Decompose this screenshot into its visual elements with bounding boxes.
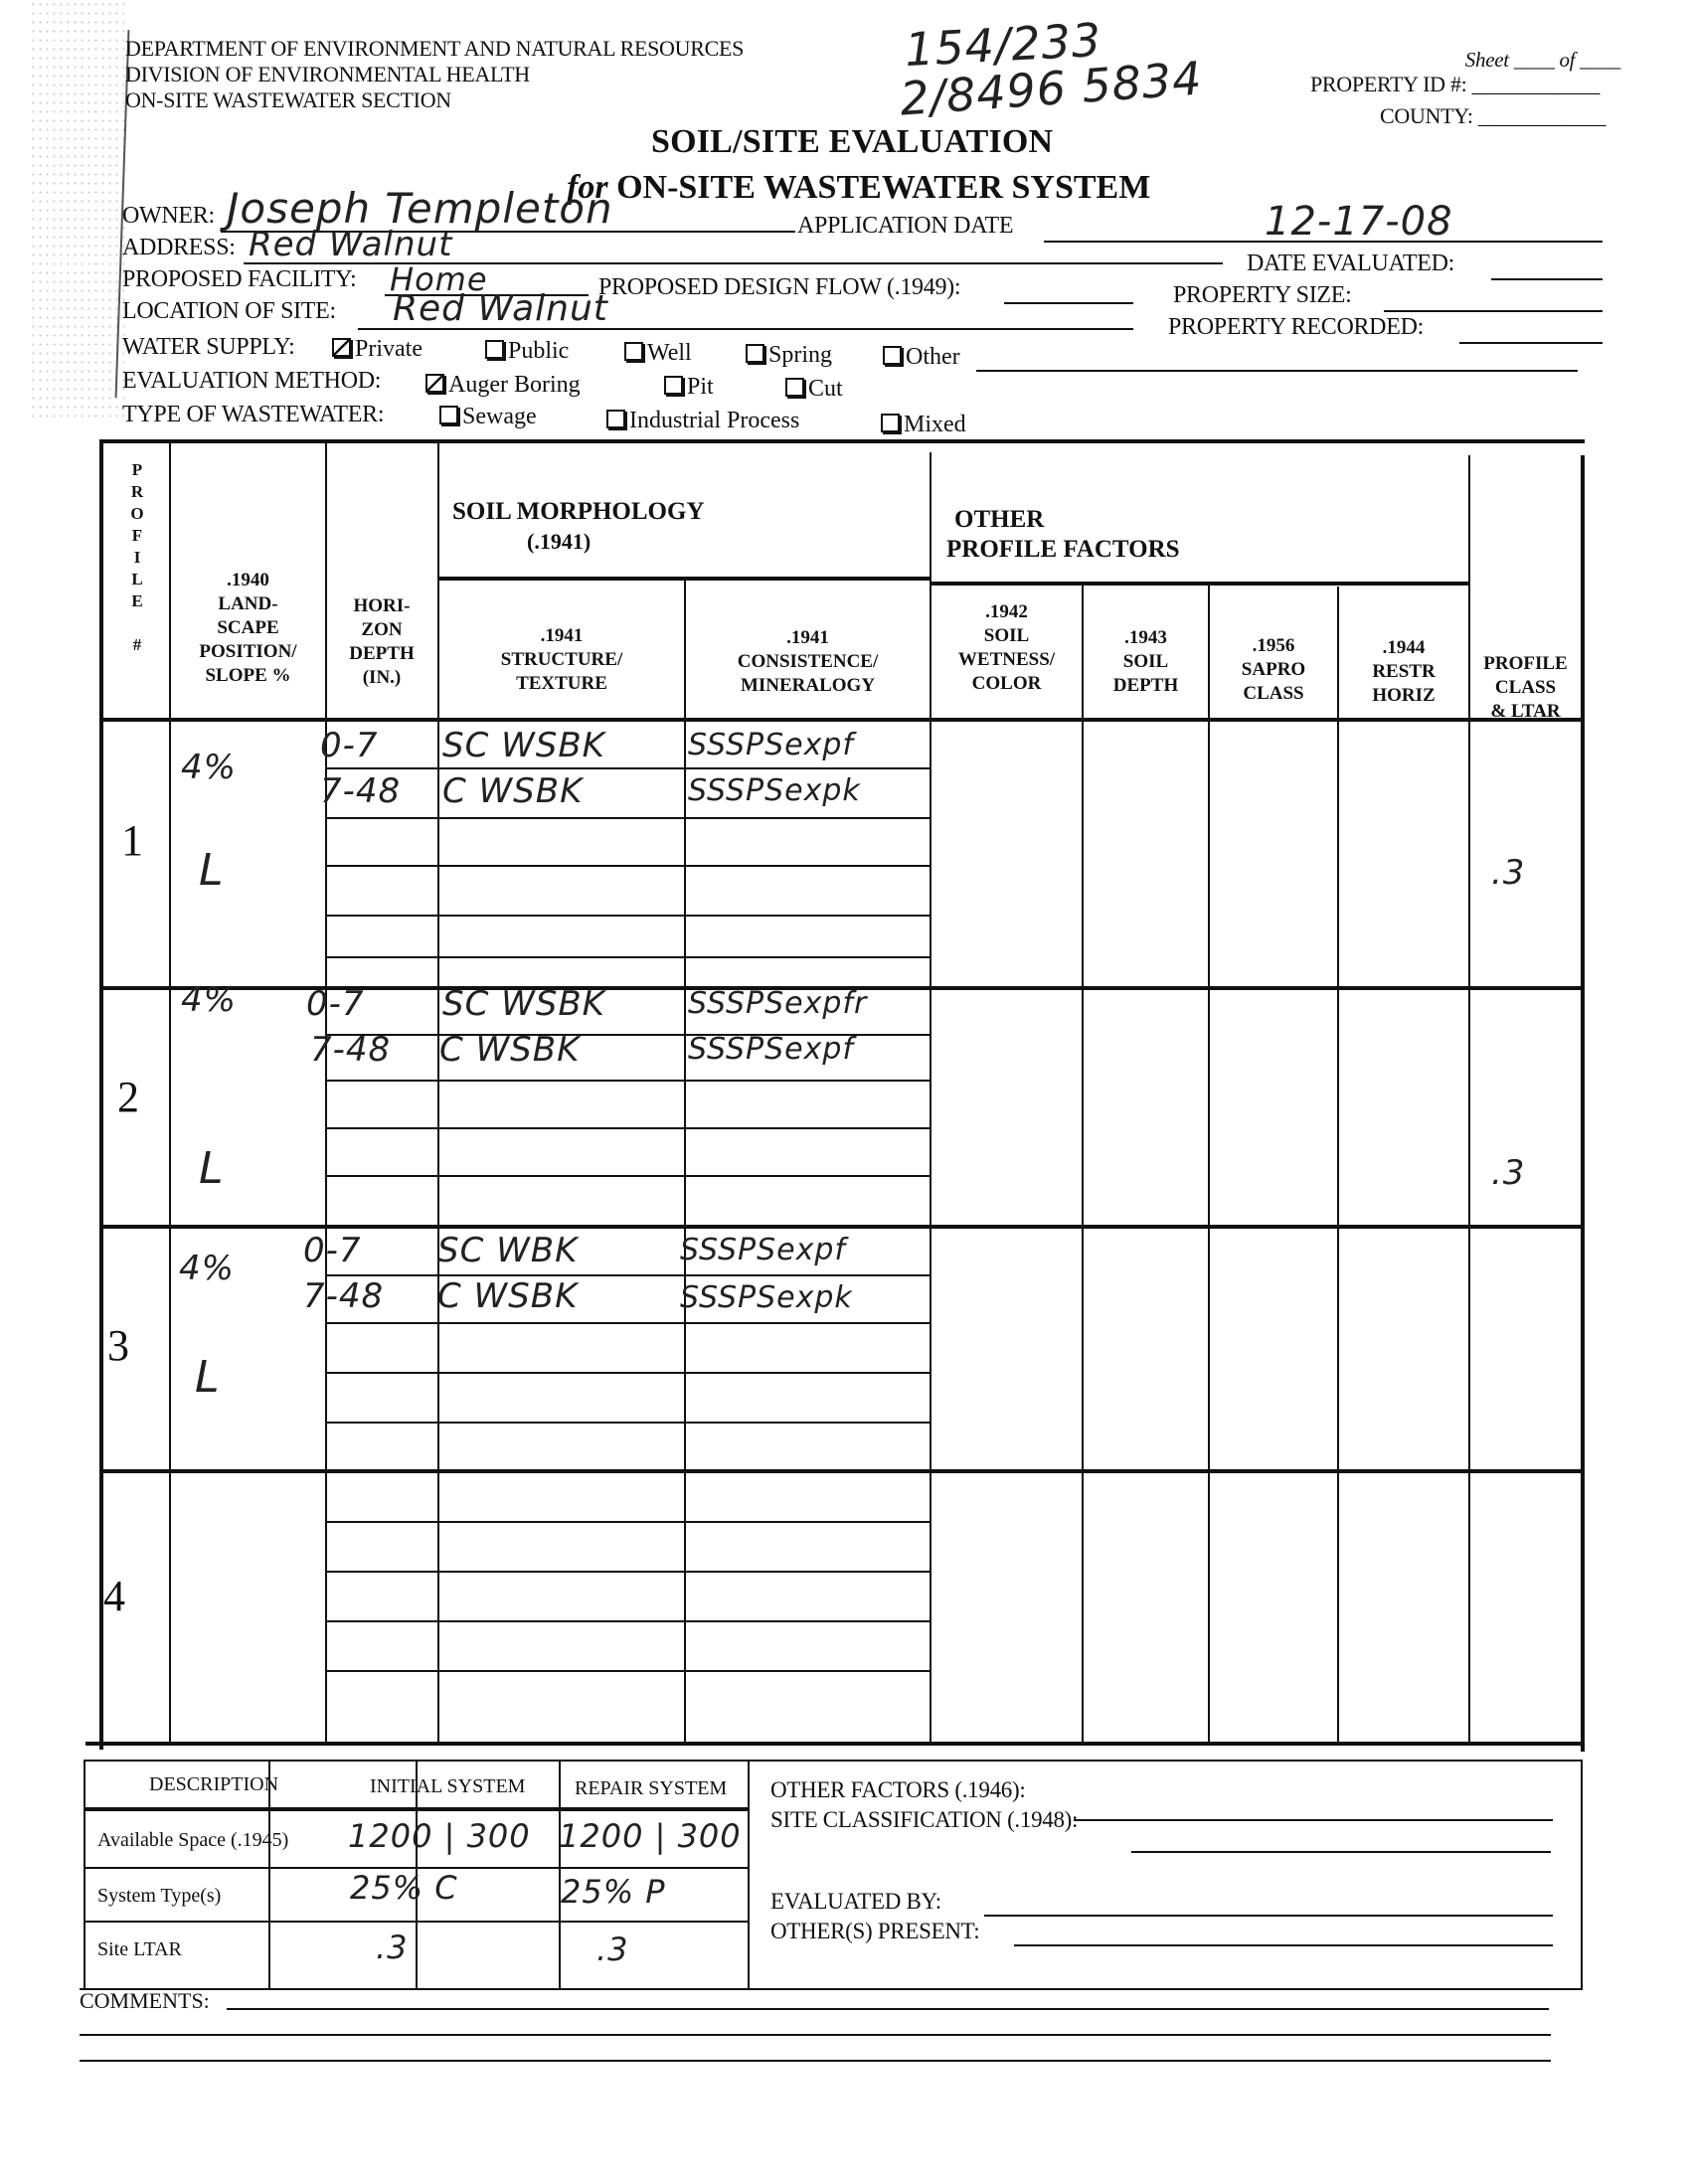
- available-space-repair[interactable]: 1200 | 300: [559, 1817, 742, 1855]
- available-space-label: Available Space (.1945): [97, 1829, 288, 1852]
- location-field[interactable]: Red Walnut: [393, 288, 608, 329]
- water-supply-private[interactable]: Private: [332, 336, 423, 363]
- checkbox-icon[interactable]: [606, 410, 625, 428]
- landscape-position-cell[interactable]: L: [199, 1143, 225, 1194]
- consistence-cell[interactable]: SSSPSexpf: [680, 1233, 846, 1267]
- evaluation-method-label: EVALUATION METHOD:: [122, 368, 381, 395]
- structure-cell[interactable]: SC WBK: [437, 1231, 578, 1270]
- form-subtitle: for ON-SITE WASTEWATER SYSTEM: [567, 169, 1150, 207]
- dept-line-2: DIVISION OF ENVIRONMENTAL HEALTH: [125, 62, 744, 87]
- department-header: DEPARTMENT OF ENVIRONMENT AND NATURAL RE…: [125, 36, 744, 113]
- checkbox-checked-icon[interactable]: [425, 374, 444, 393]
- evaluation-method-pit[interactable]: Pit: [664, 374, 714, 401]
- slope-cell[interactable]: 4%: [181, 748, 237, 787]
- consistence-cell[interactable]: SSSPSexpf: [688, 1032, 854, 1067]
- profile-number: 1: [121, 815, 143, 866]
- soil-morphology-header: SOIL MORPHOLOGY (.1941): [452, 497, 705, 557]
- description-header: DESCRIPTION: [149, 1773, 278, 1796]
- profile-class-cell[interactable]: .3: [1491, 1153, 1525, 1193]
- restr-horiz-column-header: .1944RESTR HORIZ: [1339, 636, 1468, 708]
- sheet-info: Sheet ____ of ____: [1312, 48, 1620, 73]
- wastewater-type-label: TYPE OF WASTEWATER:: [122, 402, 384, 428]
- water-supply-label: WATER SUPPLY:: [122, 334, 295, 361]
- checkbox-icon[interactable]: [664, 376, 683, 395]
- landscape-position-cell[interactable]: L: [195, 1352, 221, 1403]
- dept-line-3: ON-SITE WASTEWATER SECTION: [125, 87, 744, 113]
- system-type-repair[interactable]: 25% P: [561, 1873, 666, 1911]
- other-profile-factors-header: OTHER PROFILE FACTORS: [946, 505, 1180, 565]
- form-title: SOIL/SITE EVALUATION: [651, 123, 1053, 161]
- landscape-position-cell[interactable]: L: [199, 845, 225, 896]
- consistence-cell[interactable]: SSSPSexpfr: [688, 986, 867, 1021]
- horizon-depth-column-header: HORI-ZON DEPTH(IN.): [326, 594, 437, 690]
- checkbox-icon[interactable]: [785, 378, 804, 397]
- horizon-depth-cell[interactable]: 7-48: [310, 1030, 391, 1070]
- checkbox-icon[interactable]: [883, 346, 902, 365]
- wastewater-sewage[interactable]: Sewage: [439, 404, 537, 430]
- soil-wetness-column-header: .1942SOIL WETNESS/COLOR: [932, 600, 1082, 696]
- consistence-column-header: .1941CONSISTENCE/ MINERALOGY: [686, 626, 930, 698]
- dept-line-1: DEPARTMENT OF ENVIRONMENT AND NATURAL RE…: [125, 36, 744, 62]
- checkbox-icon[interactable]: [746, 344, 764, 363]
- application-date-field[interactable]: 12-17-08: [1265, 199, 1453, 245]
- repair-system-header: REPAIR SYSTEM: [575, 1777, 727, 1800]
- system-type-initial[interactable]: 25% C: [350, 1869, 458, 1907]
- checkbox-icon[interactable]: [624, 342, 643, 361]
- sapro-class-column-header: .1956SAPRO CLASS: [1210, 634, 1337, 706]
- site-ltar-label: Site LTAR: [97, 1938, 182, 1961]
- comments-line-1[interactable]: [227, 2008, 1549, 2010]
- profile-number: 2: [117, 1072, 139, 1122]
- water-supply-well[interactable]: Well: [624, 340, 692, 367]
- structure-cell[interactable]: C WSBK: [439, 1030, 580, 1070]
- comments-label: COMMENTS:: [80, 1988, 210, 2014]
- horizon-depth-cell[interactable]: 0-7: [320, 726, 379, 765]
- wastewater-industrial[interactable]: Industrial Process: [606, 408, 799, 434]
- site-ltar-repair[interactable]: .3: [596, 1931, 629, 1968]
- water-supply-other[interactable]: Other: [883, 344, 960, 371]
- other-factors-field[interactable]: OTHER FACTORS (.1946):: [770, 1777, 1025, 1803]
- property-size-label: PROPERTY SIZE:: [1173, 282, 1352, 309]
- profile-column-header: PR OF IL E #: [127, 459, 147, 656]
- profile-class-cell[interactable]: .3: [1491, 853, 1525, 893]
- scan-artifact: [30, 0, 124, 418]
- consistence-cell[interactable]: SSSPSexpk: [680, 1280, 853, 1315]
- soil-depth-column-header: .1943SOIL DEPTH: [1084, 626, 1208, 698]
- proposed-facility-label: PROPOSED FACILITY:: [122, 266, 356, 293]
- application-date-label: APPLICATION DATE: [797, 213, 1013, 240]
- structure-cell[interactable]: C WSBK: [437, 1276, 578, 1316]
- comments-line-3[interactable]: [80, 2060, 1551, 2062]
- wastewater-mixed[interactable]: Mixed: [881, 412, 966, 438]
- water-supply-public[interactable]: Public: [485, 338, 569, 365]
- evaluation-method-auger[interactable]: Auger Boring: [425, 372, 581, 399]
- checkbox-icon[interactable]: [439, 406, 458, 424]
- slope-cell[interactable]: 4%: [181, 980, 237, 1020]
- structure-cell[interactable]: C WSBK: [442, 771, 583, 811]
- profile-class-column-header: PROFILECLASS & LTAR: [1470, 652, 1581, 724]
- structure-cell[interactable]: SC WSBK: [442, 726, 605, 765]
- checkbox-checked-icon[interactable]: [332, 338, 351, 357]
- sheet-of-label: of: [1559, 48, 1575, 72]
- comments-line-2[interactable]: [80, 2034, 1551, 2036]
- others-present-field[interactable]: OTHER(S) PRESENT:: [770, 1919, 979, 1944]
- owner-label: OWNER:: [122, 203, 215, 230]
- site-ltar-initial[interactable]: .3: [376, 1929, 409, 1966]
- horizon-depth-cell[interactable]: 0-7: [306, 984, 365, 1024]
- checkbox-icon[interactable]: [881, 414, 900, 432]
- county-field[interactable]: COUNTY: ____________: [1380, 103, 1606, 129]
- water-supply-spring[interactable]: Spring: [746, 342, 832, 369]
- consistence-cell[interactable]: SSSPSexpf: [688, 728, 854, 762]
- available-space-initial[interactable]: 1200 | 300: [348, 1817, 531, 1855]
- landscape-column-header: .1940LAND- SCAPEPOSITION/ SLOPE %: [171, 569, 325, 688]
- site-classification-field[interactable]: SITE CLASSIFICATION (.1948):: [770, 1807, 1078, 1833]
- structure-column-header: .1941STRUCTURE/ TEXTURE: [439, 624, 684, 696]
- property-recorded-label: PROPERTY RECORDED:: [1168, 314, 1424, 341]
- sheet-label: Sheet: [1465, 48, 1509, 72]
- evaluated-by-field[interactable]: EVALUATED BY:: [770, 1889, 941, 1915]
- date-evaluated-label: DATE EVALUATED:: [1247, 251, 1454, 277]
- structure-cell[interactable]: SC WSBK: [442, 984, 605, 1024]
- checkbox-icon[interactable]: [485, 340, 504, 359]
- consistence-cell[interactable]: SSSPSexpk: [688, 773, 861, 808]
- address-field[interactable]: Red Walnut: [249, 225, 452, 264]
- design-flow-label: PROPOSED DESIGN FLOW (.1949):: [598, 274, 960, 301]
- horizon-depth-cell[interactable]: 7-48: [320, 771, 401, 811]
- location-label: LOCATION OF SITE:: [122, 298, 336, 325]
- profile-number: 4: [103, 1571, 125, 1621]
- horizon-depth-cell[interactable]: 0-7: [303, 1231, 362, 1270]
- initial-system-header: INITIAL SYSTEM: [370, 1775, 525, 1798]
- slope-cell[interactable]: 4%: [179, 1249, 235, 1288]
- system-type-label: System Type(s): [97, 1885, 221, 1908]
- horizon-depth-cell[interactable]: 7-48: [303, 1276, 384, 1316]
- address-label: ADDRESS:: [122, 235, 236, 261]
- property-id-field[interactable]: PROPERTY ID #: ____________: [1310, 72, 1600, 97]
- evaluation-method-cut[interactable]: Cut: [785, 376, 843, 403]
- profile-number: 3: [107, 1320, 129, 1371]
